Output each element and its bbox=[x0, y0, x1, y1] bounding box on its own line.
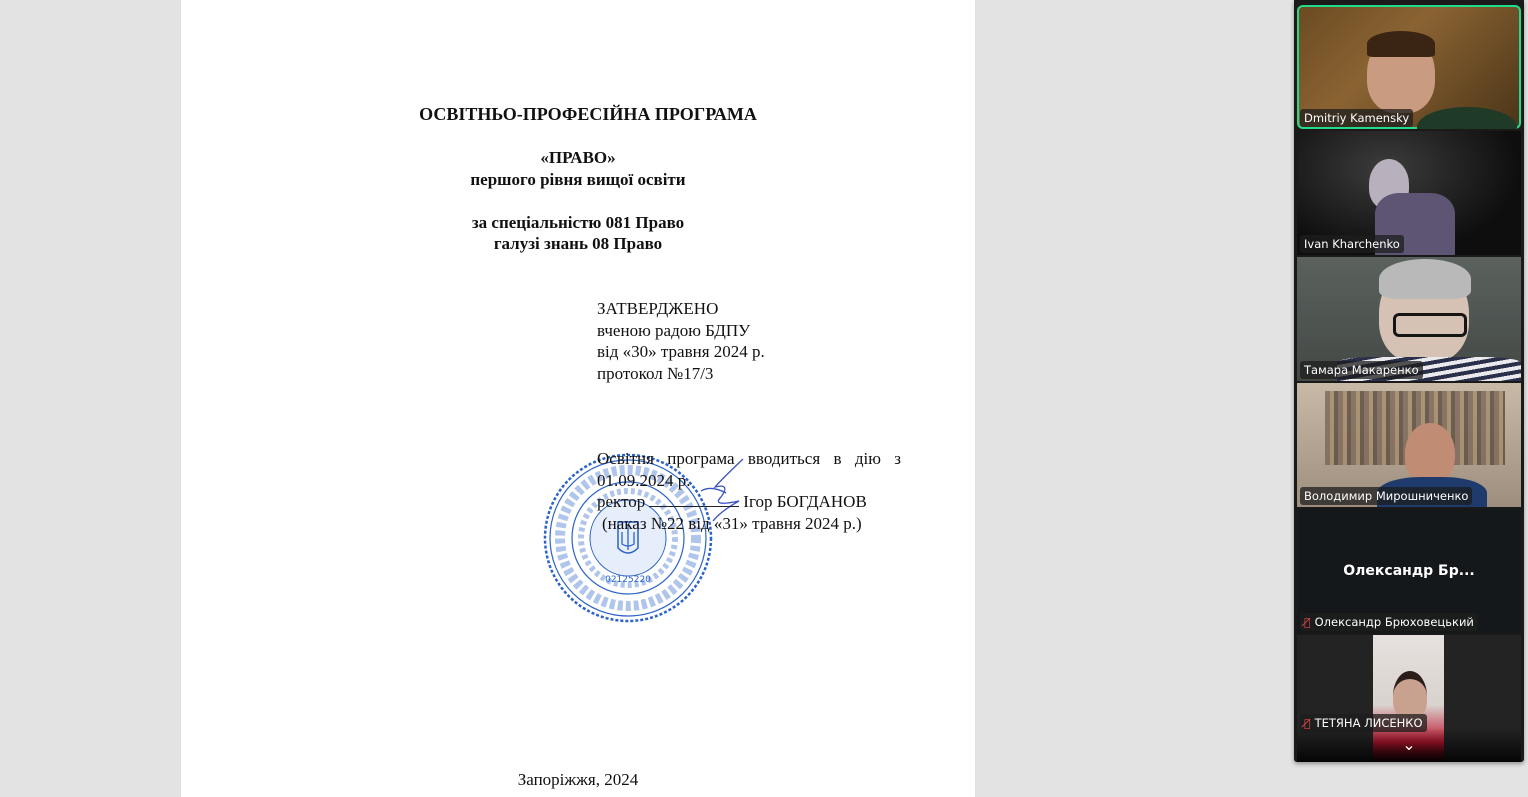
video-gallery-panel: Dmitriy Kamensky Ivan Kharchenko Тамара … bbox=[1294, 0, 1524, 762]
approval-body: вченою радою БДПУ bbox=[597, 320, 765, 342]
education-level: першого рівня вищої освіти bbox=[181, 169, 975, 191]
rector-line: ректорІгор БОГДАНОВ bbox=[597, 491, 901, 513]
participant-tile-volodymyr-myroshnychenko[interactable]: Володимир Мирошниченко bbox=[1297, 383, 1521, 507]
participant-name-tag: Dmitriy Kamensky bbox=[1300, 109, 1413, 127]
enact-word: дію bbox=[855, 448, 881, 470]
enactment-block: Освітня програма вводиться в дію з 01.09… bbox=[597, 448, 901, 534]
participant-video bbox=[1393, 313, 1467, 337]
enact-word: вводиться bbox=[748, 448, 820, 470]
approval-heading: ЗАТВЕРДЖЕНО bbox=[597, 298, 765, 320]
knowledge-field: галузі знань 08 Право bbox=[181, 233, 975, 255]
participant-video bbox=[1367, 31, 1435, 57]
enactment-date: 01.09.2024 р. bbox=[597, 470, 901, 492]
participant-display-name: Олександр Бр... bbox=[1297, 563, 1521, 579]
enact-word: Освітня bbox=[597, 448, 654, 470]
participant-tile-tetiana-lysenko[interactable]: 🎙̸ТЕТЯНА ЛИСЕНКО ⌄ bbox=[1297, 635, 1521, 762]
rector-label: ректор bbox=[597, 492, 645, 511]
doc-title: ОСВІТНЬО-ПРОФЕСІЙНА ПРОГРАМА bbox=[191, 104, 985, 125]
rector-name: Ігор БОГДАНОВ bbox=[743, 492, 866, 511]
order-reference: (наказ №22 від «31» травня 2024 р.) bbox=[597, 513, 901, 535]
specialty: за спеціальністю 081 Право bbox=[181, 212, 975, 234]
participant-tile-oleksandr-briukhovetskyi[interactable]: Олександр Бр... 🎙̸Олександр Брюховецький bbox=[1297, 509, 1521, 633]
mic-muted-icon: 🎙̸ bbox=[1304, 616, 1311, 629]
svg-text:02125220: 02125220 bbox=[605, 575, 651, 585]
program-name: «ПРАВО» bbox=[181, 147, 975, 169]
city-year: Запоріжжя, 2024 bbox=[181, 770, 975, 790]
participant-name-tag: Володимир Мирошниченко bbox=[1300, 487, 1472, 505]
participant-video bbox=[1417, 107, 1517, 129]
scroll-down-button[interactable]: ⌄ bbox=[1297, 728, 1521, 762]
participant-name-tag: Ivan Kharchenko bbox=[1300, 235, 1404, 253]
chevron-down-icon: ⌄ bbox=[1402, 735, 1415, 755]
participant-name-tag: 🎙̸Олександр Брюховецький bbox=[1300, 613, 1478, 631]
participant-video bbox=[1405, 423, 1455, 483]
approval-block: ЗАТВЕРДЖЕНО вченою радою БДПУ від «30» т… bbox=[597, 298, 765, 384]
approval-date: від «30» травня 2024 р. bbox=[597, 341, 765, 363]
participant-tile-dmitriy-kamensky[interactable]: Dmitriy Kamensky bbox=[1297, 5, 1521, 129]
approval-protocol: протокол №17/3 bbox=[597, 363, 765, 385]
document-page: ОСВІТНЬО-ПРОФЕСІЙНА ПРОГРАМА «ПРАВО» пер… bbox=[181, 0, 975, 797]
participant-video bbox=[1379, 259, 1471, 299]
enact-word: програма bbox=[667, 448, 734, 470]
enact-word: з bbox=[894, 448, 901, 470]
participant-tile-tamara-makarenko[interactable]: Тамара Макаренко bbox=[1297, 257, 1521, 381]
participant-name-tag: Тамара Макаренко bbox=[1300, 361, 1423, 379]
participant-tile-ivan-kharchenko[interactable]: Ivan Kharchenko bbox=[1297, 131, 1521, 255]
enact-word: в bbox=[833, 448, 841, 470]
signature-line bbox=[649, 492, 739, 507]
